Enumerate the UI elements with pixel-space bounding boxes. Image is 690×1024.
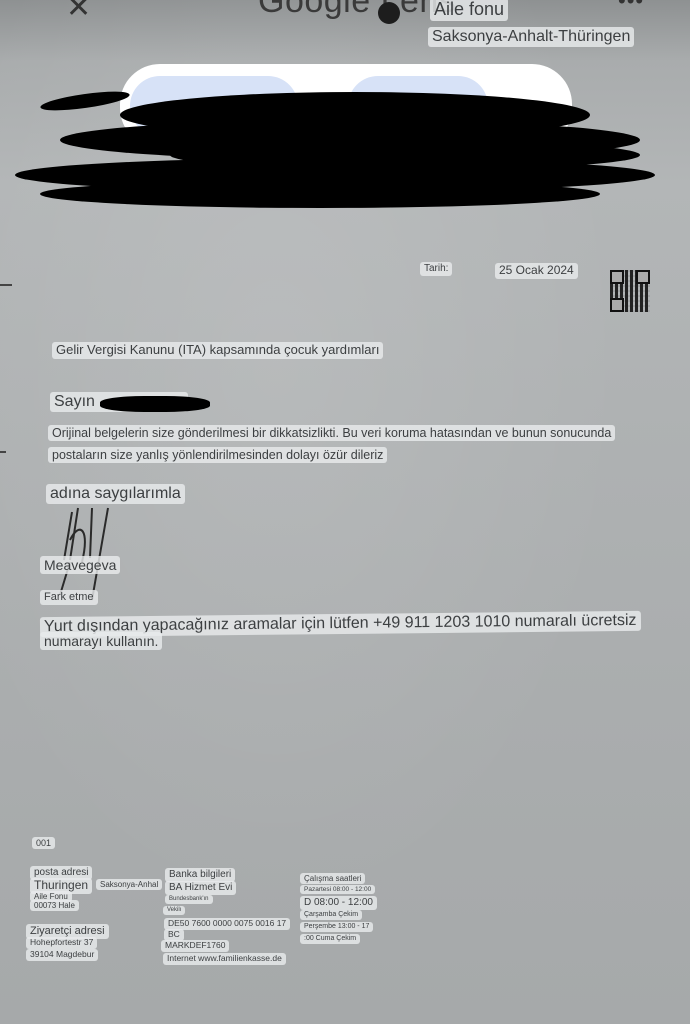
hours-line-3[interactable]: Çarşamba Çekim <box>300 910 362 920</box>
bank-internet[interactable]: Internet www.familienkasse.de <box>163 953 286 965</box>
lens-camera-icon <box>378 2 400 24</box>
date-value[interactable]: 25 Ocak 2024 <box>495 263 578 279</box>
sender-line2[interactable]: Saksonya-Anhalt-Thüringen <box>428 27 634 47</box>
hours-title[interactable]: Çalışma saatleri <box>300 873 365 884</box>
signatory-name[interactable]: Meavegeva <box>40 556 120 574</box>
hours-line-1[interactable]: Pazartesi 08:00 - 12:00 <box>300 885 375 894</box>
body-line-1[interactable]: Orijinal belgelerin size gönderilmesi bi… <box>48 425 615 441</box>
close-icon[interactable]: ✕ <box>66 0 91 25</box>
subject-line[interactable]: Gelir Vergisi Kanunu (ITA) kapsamında ço… <box>52 342 383 359</box>
region-label[interactable]: Saksonya-Anhal <box>96 879 162 890</box>
hours-line-4[interactable]: Perşembe 13:00 - 17 <box>300 922 373 932</box>
visitor-line-2[interactable]: 39104 Magdebur <box>26 949 98 961</box>
bank-bic-label[interactable]: BC <box>164 929 184 941</box>
redacted-name <box>100 396 210 412</box>
bank-line-3[interactable]: Vekilı <box>163 906 185 915</box>
edge-mark <box>0 284 12 286</box>
notice-line-2[interactable]: numarayı kullanın. <box>40 632 162 650</box>
bank-title[interactable]: Banka bilgileri <box>165 868 235 882</box>
postal-line-3[interactable]: 00073 Hale <box>30 900 79 911</box>
app-title: Google Lens <box>258 0 456 21</box>
edge-mark <box>0 451 6 453</box>
bank-iban[interactable]: DE50 7600 0000 0075 0016 17 <box>164 918 290 930</box>
more-options-icon[interactable]: ••• <box>618 0 644 14</box>
date-label[interactable]: Tarih: <box>420 262 452 276</box>
visitor-line-1[interactable]: Hohepfortestr 37 <box>26 937 97 949</box>
bank-line-2[interactable]: Bundesbank'ın <box>165 895 213 904</box>
signatory-note[interactable]: Fark etme <box>40 590 98 605</box>
hours-line-2[interactable]: D 08:00 - 12:00 <box>300 896 377 910</box>
body-line-2[interactable]: postaların size yanlış yönlendirilmesind… <box>48 447 387 463</box>
bank-bic[interactable]: MARKDEF1760 <box>161 940 229 952</box>
qr-code <box>610 270 650 312</box>
sender-line1[interactable]: Aile fonu <box>430 0 508 21</box>
footer-code[interactable]: 001 <box>32 837 55 849</box>
salutation-text: Sayın <box>54 393 95 410</box>
bank-line-1[interactable]: BA Hizmet Evi <box>165 881 236 895</box>
hours-line-5[interactable]: :00 Cuma Çekim <box>300 934 360 944</box>
